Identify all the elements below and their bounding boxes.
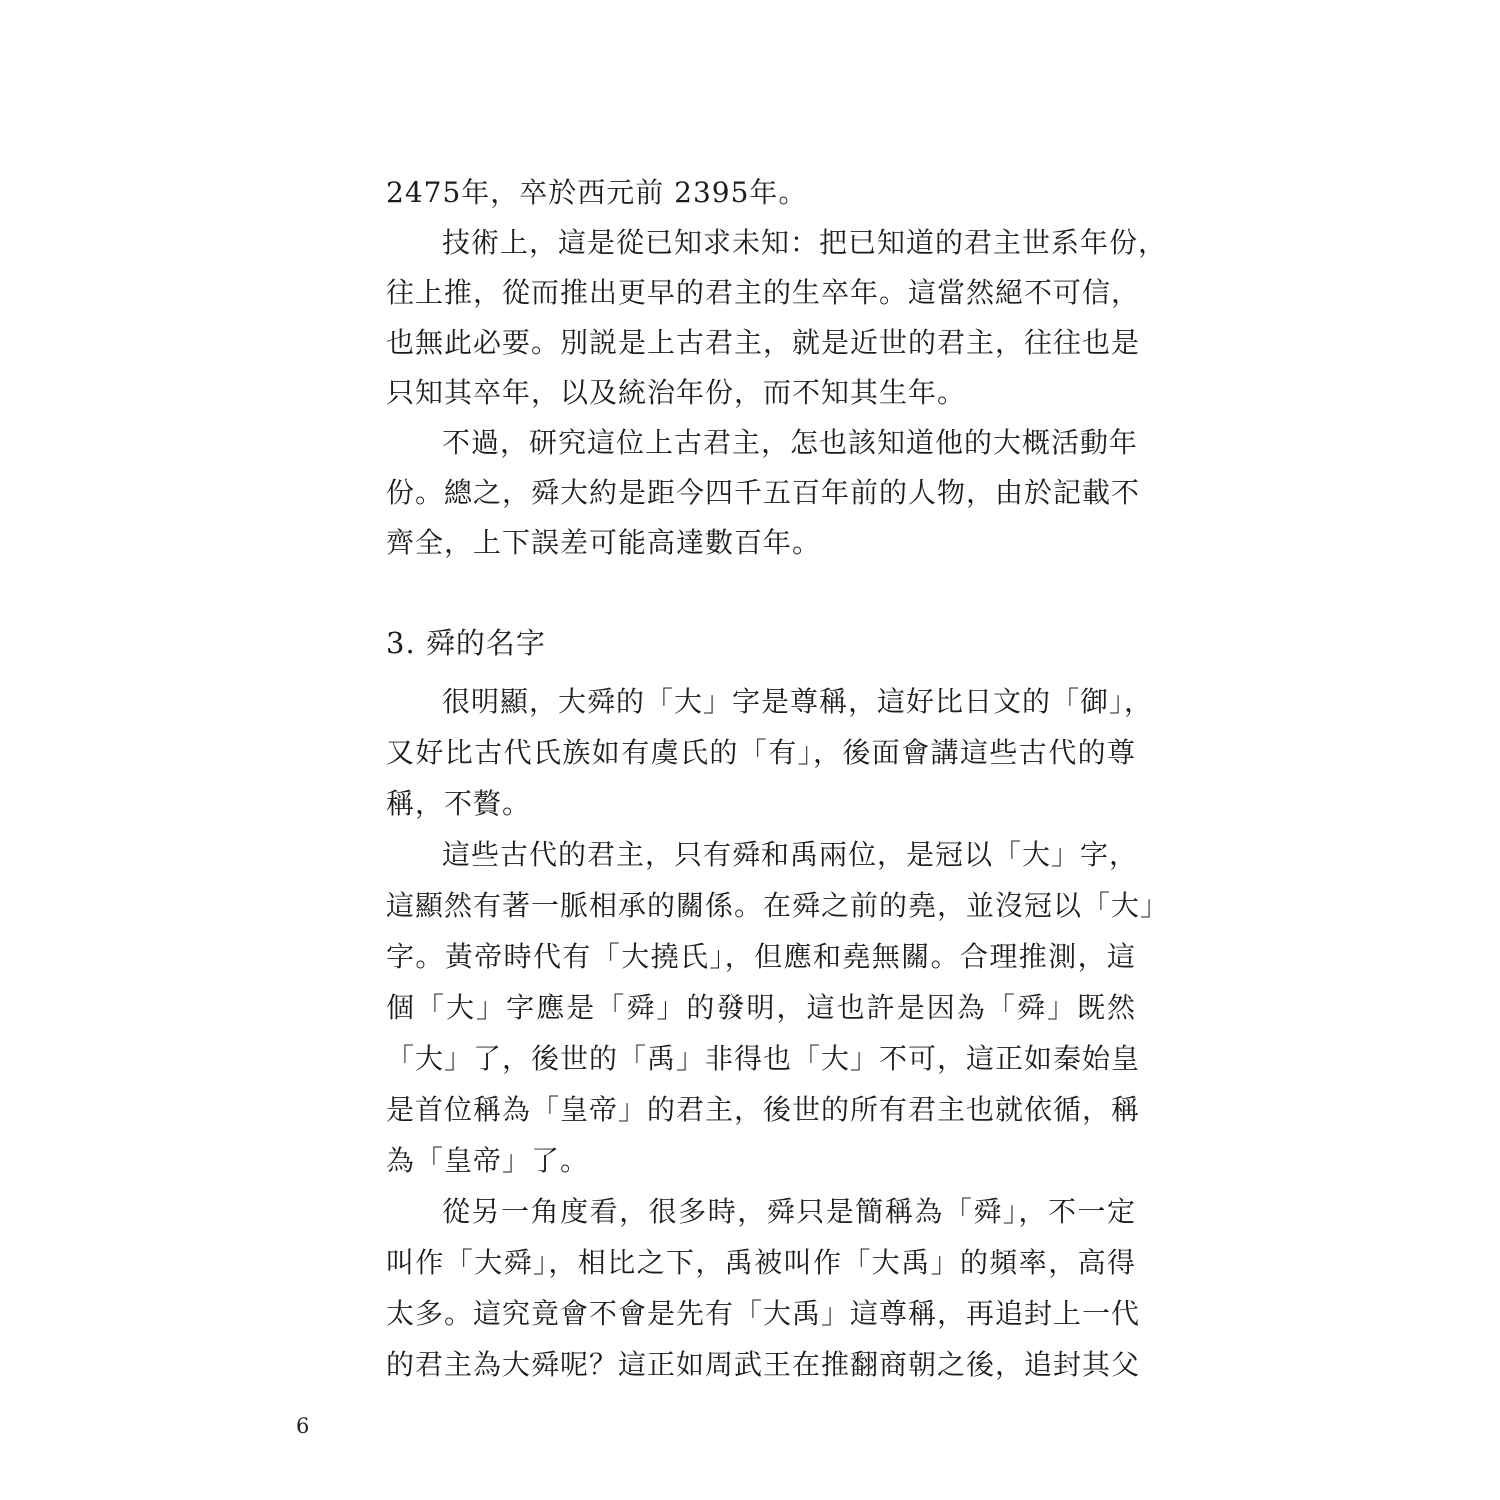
text-line: 是首位稱為「皇帝」的君主，後世的所有君主也就依循，稱 (386, 1084, 1136, 1135)
page-number: 6 (296, 1412, 309, 1440)
text-line: 2475年，卒於西元前 2395年。 (386, 168, 1136, 218)
text-line: 「大」了，後世的「禹」非得也「大」不可，這正如秦始皇 (386, 1033, 1136, 1084)
text-line: 也無此必要。別説是上古君主，就是近世的君主，往往也是 (386, 318, 1136, 368)
book-page: 2475年，卒於西元前 2395年。 技術上，這是從已知求未知：把已知道的君主世… (0, 0, 1500, 1500)
text-line: 齊全，上下誤差可能高達數百年。 (386, 518, 1136, 568)
section-heading: 3. 舜的名字 (386, 618, 1136, 668)
text-line: 又好比古代氏族如有虞氏的「有」，後面會講這些古代的尊 (386, 727, 1136, 778)
text-line: 很明顯，大舜的「大」字是尊稱，這好比日文的「御」， (386, 676, 1136, 727)
text-line: 為「皇帝」了。 (386, 1135, 1136, 1186)
text-line: 字。黃帝時代有「大撓氏」，但應和堯無關。合理推測，這 (386, 931, 1136, 982)
text-block: 2475年，卒於西元前 2395年。 技術上，這是從已知求未知：把已知道的君主世… (386, 168, 1136, 1390)
text-line: 不過，研究這位上古君主，怎也該知道他的大概活動年 (386, 418, 1136, 468)
text-line: 太多。這究竟會不會是先有「大禹」這尊稱，再追封上一代 (386, 1288, 1136, 1339)
text-line: 個「大」字應是「舜」的發明，這也許是因為「舜」既然 (386, 982, 1136, 1033)
paragraphs-after-heading: 很明顯，大舜的「大」字是尊稱，這好比日文的「御」， 又好比古代氏族如有虞氏的「有… (386, 676, 1136, 1390)
text-line: 的君主為大舜呢？這正如周武王在推翻商朝之後，追封其父 (386, 1339, 1136, 1390)
text-line: 從另一角度看，很多時，舜只是簡稱為「舜」，不一定 (386, 1186, 1136, 1237)
paragraphs-before-heading: 2475年，卒於西元前 2395年。 技術上，這是從已知求未知：把已知道的君主世… (386, 168, 1136, 568)
blank-line (386, 568, 1136, 618)
text-line: 只知其卒年，以及統治年份，而不知其生年。 (386, 368, 1136, 418)
text-line: 這些古代的君主，只有舜和禹兩位，是冠以「大」字， (386, 829, 1136, 880)
text-line: 叫作「大舜」，相比之下，禹被叫作「大禹」的頻率，高得 (386, 1237, 1136, 1288)
text-line: 份。總之，舜大約是距今四千五百年前的人物，由於記載不 (386, 468, 1136, 518)
text-line: 這顯然有著一脈相承的關係。在舜之前的堯，並沒冠以「大」 (386, 880, 1136, 931)
text-line: 稱，不贅。 (386, 778, 1136, 829)
text-line: 往上推，從而推出更早的君主的生卒年。這當然絕不可信， (386, 268, 1136, 318)
text-line: 技術上，這是從已知求未知：把已知道的君主世系年份， (386, 218, 1136, 268)
